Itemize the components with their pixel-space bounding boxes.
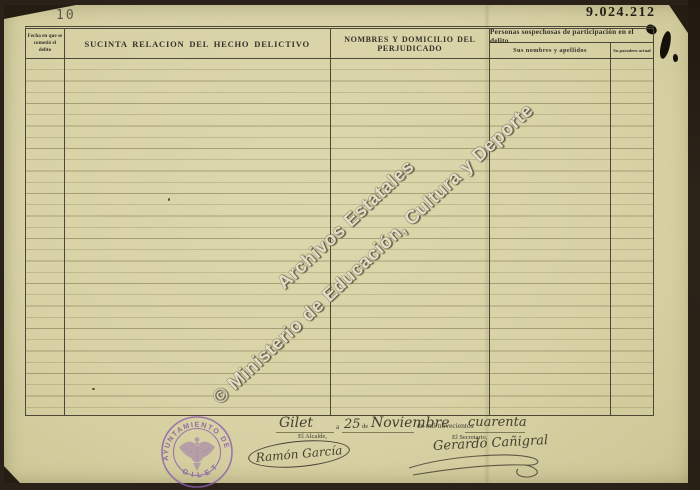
handwritten-year: cuarenta bbox=[468, 415, 527, 430]
column-body-suspect-whereabouts bbox=[611, 59, 653, 415]
printed-year-prefix: de mil novecientos bbox=[417, 421, 474, 430]
printed-a: a bbox=[336, 423, 339, 431]
page-number: 10 bbox=[56, 8, 76, 23]
column-body-date bbox=[26, 59, 64, 415]
signature-flourish bbox=[405, 448, 550, 482]
column-body-victim bbox=[331, 59, 489, 415]
handwritten-place: Gilet bbox=[279, 415, 313, 431]
column-header-date: Fecha en que se cometió el delito bbox=[26, 29, 64, 59]
register-number: 9.024.212 bbox=[586, 5, 656, 21]
form-blank-line bbox=[465, 432, 525, 433]
scanned-document: 10 9.024.212 Fecha en que se cometió el … bbox=[0, 0, 700, 490]
column-body-summary bbox=[65, 59, 330, 415]
handwritten-day: 25 bbox=[344, 417, 361, 432]
page-right-edge bbox=[688, 0, 700, 490]
column-victim: NOMBRES Y DOMICILIO DEL PERJUDICADO bbox=[330, 29, 489, 415]
tear-mark bbox=[673, 54, 678, 62]
column-header-suspect-whereabouts: Su paradero actual bbox=[611, 43, 653, 59]
column-header-victim: NOMBRES Y DOMICILIO DEL PERJUDICADO bbox=[331, 29, 489, 59]
column-summary: SUCINTA RELACION DEL HECHO DELICTIVO bbox=[64, 29, 330, 415]
alcalde-signature-text: Ramón García bbox=[255, 443, 343, 465]
alcalde-label: El Alcalde, bbox=[298, 433, 327, 440]
column-suspects: Personas sospechosas de participación en… bbox=[489, 29, 653, 415]
column-suspect-whereabouts: Su paradero actual bbox=[610, 43, 653, 415]
column-body-suspect-names bbox=[490, 59, 610, 415]
crime-register-table: Fecha en que se cometió el delito SUCINT… bbox=[25, 26, 654, 416]
form-blank-line bbox=[342, 432, 414, 433]
column-date: Fecha en que se cometió el delito bbox=[26, 29, 64, 415]
printed-de: de bbox=[362, 423, 368, 430]
column-header-suspects-group: Personas sospechosas de participación en… bbox=[490, 29, 653, 43]
column-header-suspect-names: Sus nombres y apellidos bbox=[490, 43, 610, 59]
column-header-summary: SUCINTA RELACION DEL HECHO DELICTIVO bbox=[65, 29, 330, 59]
column-suspect-names: Sus nombres y apellidos bbox=[490, 43, 610, 415]
municipal-stamp: AYUNTAMIENTO DE · G I L E T · bbox=[158, 414, 236, 490]
